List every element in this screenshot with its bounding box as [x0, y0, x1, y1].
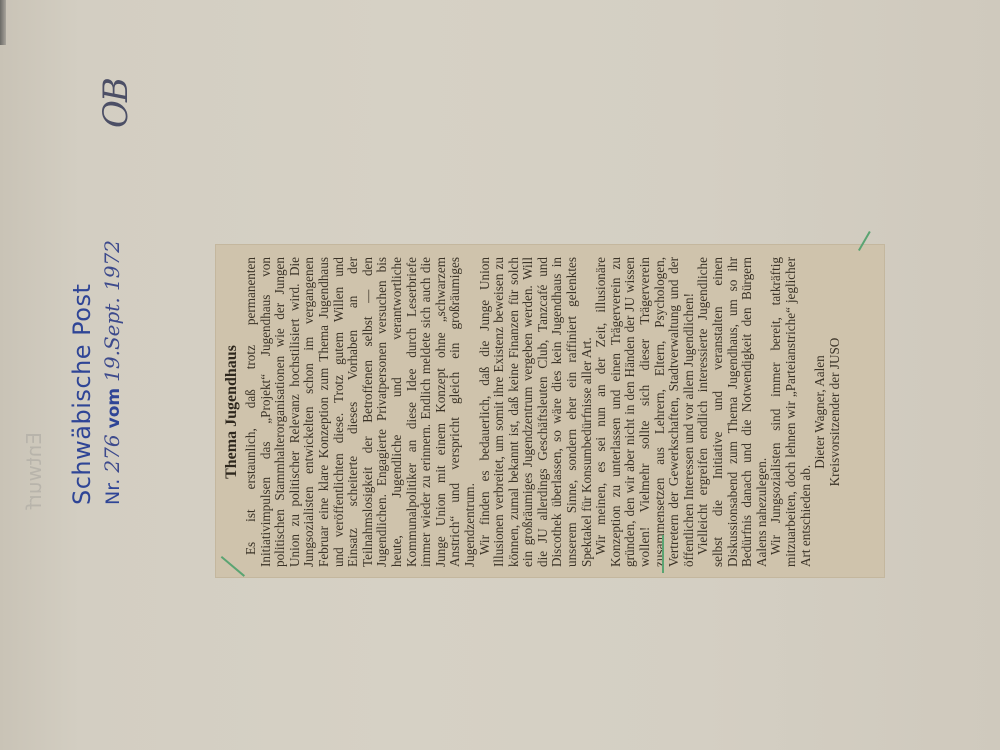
show-through-text: Entwurf — [22, 432, 46, 509]
handwritten-initials: OB — [96, 79, 136, 128]
signature-name: Dieter Wagner, Aalen — [813, 257, 828, 567]
issue-nr-label: Nr. — [102, 479, 124, 505]
signature-role: Kreisvorsitzender der JUSO — [828, 257, 843, 567]
issue-date: 19.Sept. 1972 — [100, 240, 124, 382]
article-title: Thema Jugendhaus — [222, 257, 242, 567]
article-paragraph: Wir meinen, es sei nun an der Zeit, illu… — [594, 257, 696, 567]
newspaper-clipping: Thema Jugendhaus Es ist erstaunlich, daß… — [216, 245, 884, 577]
article-paragraph: Vielleicht ergreifen endlich interessier… — [696, 257, 769, 567]
clipping-rotated-content: Thema Jugendhaus Es ist erstaunlich, daß… — [216, 245, 884, 577]
scan-edge-shadow — [0, 0, 6, 45]
issue-nr-value: 276 — [100, 434, 124, 472]
green-marker-stroke — [662, 535, 664, 573]
article-paragraph: Wir Jungsozialisten sind immer bereit, t… — [769, 257, 813, 567]
newspaper-name-stamp: Schwäbische Post — [68, 284, 96, 505]
article-paragraph: Wir finden es bedauerlich, daß die Junge… — [478, 257, 595, 567]
letter-article: Thema Jugendhaus Es ist erstaunlich, daß… — [222, 257, 842, 567]
issue-vom-label: vom — [104, 388, 124, 428]
article-paragraph: Es ist erstaunlich, daß trotz permanente… — [244, 257, 478, 567]
issue-stamp: Nr. 276 vom 19.Sept. 1972 — [100, 240, 124, 505]
scanned-page: Entwurf OB Schwäbische Post Nr. 276 vom … — [0, 0, 1000, 750]
